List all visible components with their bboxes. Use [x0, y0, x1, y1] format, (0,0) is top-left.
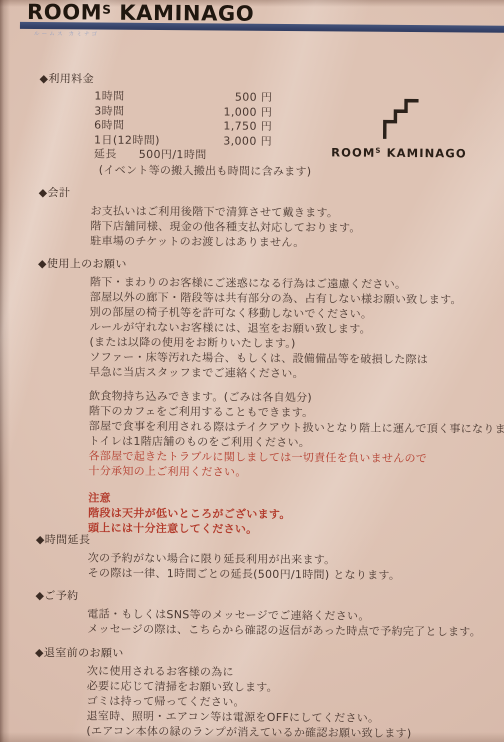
fee-price: 1,000 円 [223, 105, 272, 120]
reservation-heading: ◆ご予約 [35, 589, 499, 607]
fee-extension-label: 延長 [94, 148, 117, 161]
fee-extension-price: 500円/1時間 [139, 148, 207, 162]
fee-row: 1日(12時間) 3,000 円 [94, 133, 272, 149]
section-usage: ◆使用上のお願い 階下・まわりのお客様にご迷惑になる行為はご遠慮ください。 部屋… [36, 257, 502, 539]
fee-price: 1,750 円 [223, 120, 272, 135]
fee-label: 1時間 [94, 90, 124, 105]
notice-sheet: ROOMS KAMINAGO ルームス カミナゴ ◆利用料金 1時間 500 円… [0, 0, 504, 742]
text-line: メッセージの際は、こちらから確認の返信があった時点で予約完了とします。 [87, 621, 499, 639]
payment-heading: ◆会計 [39, 186, 503, 204]
fee-row: 6時間 1,750 円 [94, 119, 272, 135]
usage-heading: ◆使用上のお願い [38, 257, 502, 275]
fee-price: 3,000 円 [223, 134, 272, 149]
section-checkout: ◆退室前のお願い 次に使用されるお客様の為に 必要に応じて清掃をお願い致します。… [34, 646, 499, 742]
fee-label: 3時間 [94, 104, 124, 119]
title-underline-bar: ルームス カミナゴ [20, 22, 504, 33]
text-line: 駐車場のチケットのお渡しはありません。 [90, 233, 502, 251]
text-line: (エアコン本体の緑のランプが消えているか確認お願い致します) [86, 723, 498, 741]
stairs-icon [376, 93, 422, 141]
brand-reading: ルームス カミナゴ [34, 31, 99, 36]
text-line: 早急に当店スタッフまでご連絡ください。 [89, 364, 501, 382]
logo-text: ROOMS KAMINAGO [329, 145, 469, 160]
fee-price: 500 円 [235, 91, 273, 106]
text-line: その際は一律、1時間ごとの延長(500円/1時間) となります。 [88, 565, 500, 583]
fees-heading: ◆利用料金 [39, 72, 503, 90]
checkout-heading: ◆退室前のお願い [35, 646, 499, 664]
extension-heading: ◆時間延長 [36, 533, 500, 551]
section-time-extension: ◆時間延長 次の予約がない場合に限り延長利用が出来ます。 その際は一律、1時間ご… [36, 533, 500, 584]
fee-row: 3時間 1,000 円 [94, 104, 272, 120]
brand-logo: ROOMS KAMINAGO [329, 92, 470, 160]
fee-label: 6時間 [94, 119, 124, 134]
section-reservation: ◆ご予約 電話・もしくはSNS等のメッセージでご連絡ください。 メッセージの際は… [35, 589, 499, 640]
fee-label: 1日(12時間) [94, 133, 160, 148]
fee-note: (イベント等の搬入搬出も時間に含みます) [99, 163, 503, 181]
section-payment: ◆会計 お支払いはご利用後階下で清算させて戴きます。 階下店舗同様、現金の他各種… [38, 186, 502, 252]
page-title-main: ROOM [27, 0, 102, 25]
fee-row: 1時間 500 円 [94, 90, 272, 106]
